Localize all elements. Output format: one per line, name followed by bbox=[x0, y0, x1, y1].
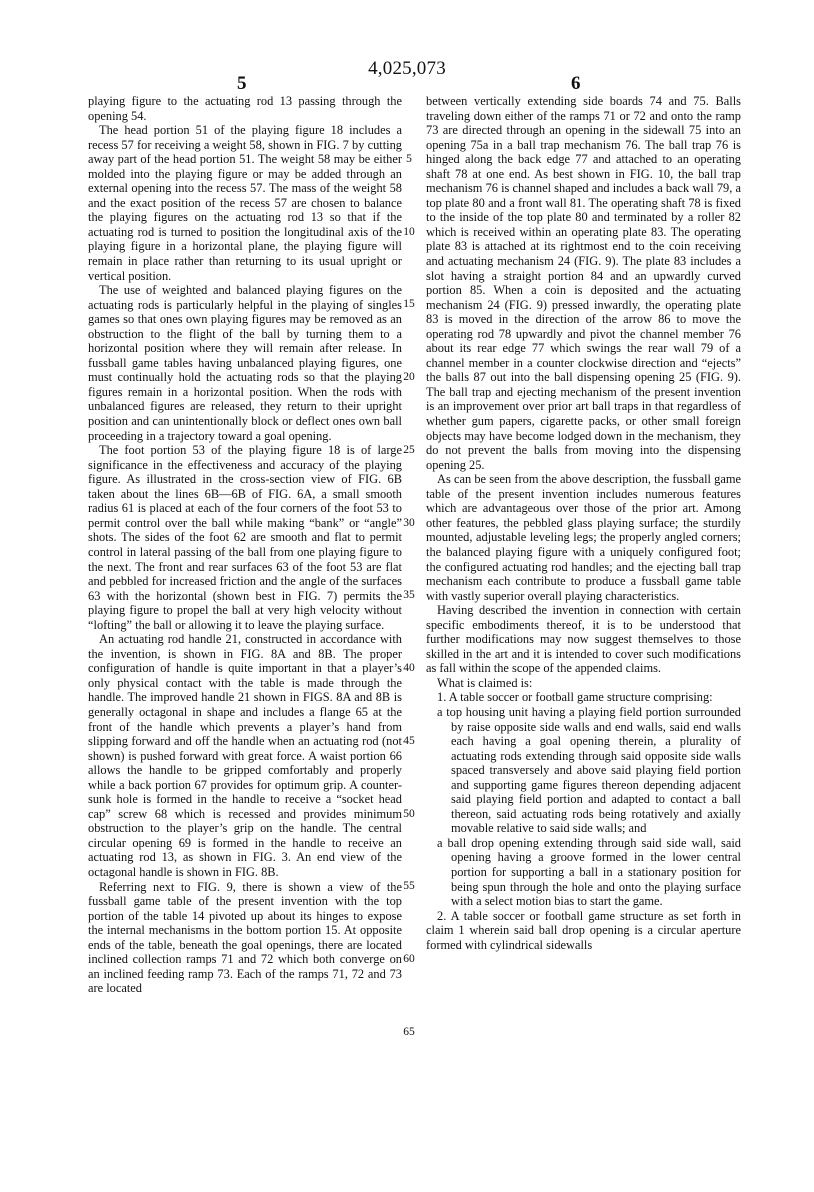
line-number: 25 bbox=[398, 443, 420, 458]
right-text-column: between vertically extending side boards… bbox=[426, 94, 741, 952]
patent-number: 4,025,073 bbox=[0, 58, 814, 80]
line-number: 30 bbox=[398, 516, 420, 531]
claim-1-preamble: 1. A table soccer or football game struc… bbox=[426, 690, 741, 705]
line-number: 35 bbox=[398, 588, 420, 603]
paragraph: An actuating rod handle 21, constructed … bbox=[88, 632, 402, 879]
claims-intro: What is claimed is: bbox=[426, 676, 741, 691]
line-number: 10 bbox=[398, 225, 420, 240]
right-column-number: 6 bbox=[571, 73, 581, 95]
claim-1-element: a ball drop opening extending through sa… bbox=[426, 836, 741, 909]
paragraph: The use of weighted and balanced playing… bbox=[88, 283, 402, 443]
line-number: 60 bbox=[398, 952, 420, 967]
line-number: 40 bbox=[398, 661, 420, 676]
paragraph: Referring next to FIG. 9, there is shown… bbox=[88, 880, 402, 996]
line-number: 50 bbox=[398, 807, 420, 822]
line-number: 65 bbox=[398, 1025, 420, 1040]
line-number: 45 bbox=[398, 734, 420, 749]
line-number: 5 bbox=[398, 152, 420, 167]
paragraph: Having described the invention in connec… bbox=[426, 603, 741, 676]
paragraph: playing figure to the actuating rod 13 p… bbox=[88, 94, 402, 123]
left-column-number: 5 bbox=[237, 73, 247, 95]
line-number: 55 bbox=[398, 879, 420, 894]
left-text-column: playing figure to the actuating rod 13 p… bbox=[88, 94, 402, 996]
claim-1-element: a top housing unit having a playing fiel… bbox=[426, 705, 741, 836]
paragraph: between vertically extending side boards… bbox=[426, 94, 741, 472]
line-number: 15 bbox=[398, 297, 420, 312]
paragraph: The head portion 51 of the playing figur… bbox=[88, 123, 402, 283]
line-number: 20 bbox=[398, 370, 420, 385]
paragraph: The foot portion 53 of the playing figur… bbox=[88, 443, 402, 632]
claim-2: 2. A table soccer or football game struc… bbox=[426, 909, 741, 953]
paragraph: As can be seen from the above descriptio… bbox=[426, 472, 741, 603]
